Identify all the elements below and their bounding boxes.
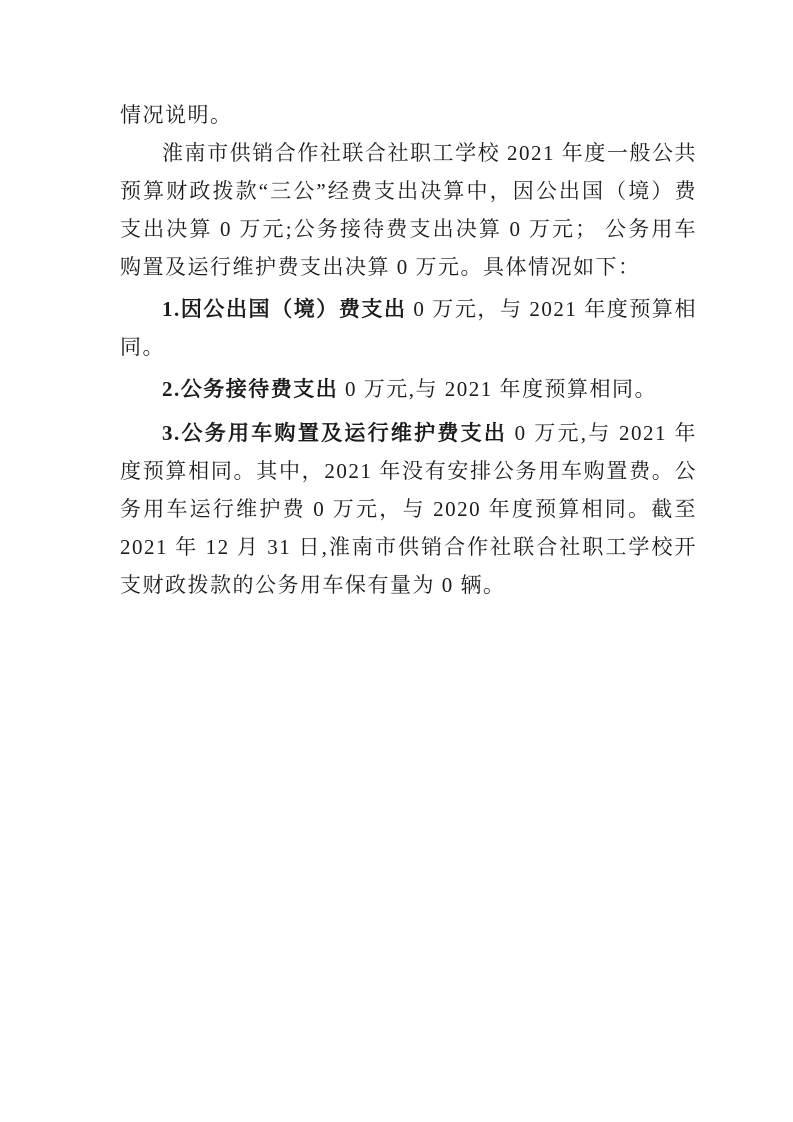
document-page: 情况说明。 淮南市供销合作社联合社职工学校 2021 年度一般公共预算财政拨款“… — [0, 0, 793, 1122]
paragraph-item-2: 2.公务接待费支出 0 万元,与 2021 年度预算相同。 — [120, 370, 697, 408]
paragraph-intro: 淮南市供销合作社联合社职工学校 2021 年度一般公共预算财政拨款“三公”经费支… — [120, 134, 697, 286]
paragraph-item-1: 1.因公出国（境）费支出 0 万元，与 2021 年度预算相同。 — [120, 290, 697, 366]
paragraph-continuation: 情况说明。 — [120, 96, 697, 134]
item-1-heading: 1.因公出国（境）费支出 — [162, 297, 407, 321]
paragraph-item-3: 3.公务用车购置及运行维护费支出 0 万元,与 2021 年度预算相同。其中，2… — [120, 414, 697, 604]
item-2-text: 0 万元,与 2021 年度预算相同。 — [338, 377, 657, 401]
item-2-heading: 2.公务接待费支出 — [162, 377, 338, 401]
paragraph-text: 情况说明。 — [120, 103, 233, 127]
item-3-text: 0 万元,与 2021 年度预算相同。其中，2021 年没有安排公务用车购置费。… — [120, 421, 697, 597]
paragraph-text: 淮南市供销合作社联合社职工学校 2021 年度一般公共预算财政拨款“三公”经费支… — [120, 141, 697, 279]
item-3-heading: 3.公务用车购置及运行维护费支出 — [162, 421, 507, 445]
